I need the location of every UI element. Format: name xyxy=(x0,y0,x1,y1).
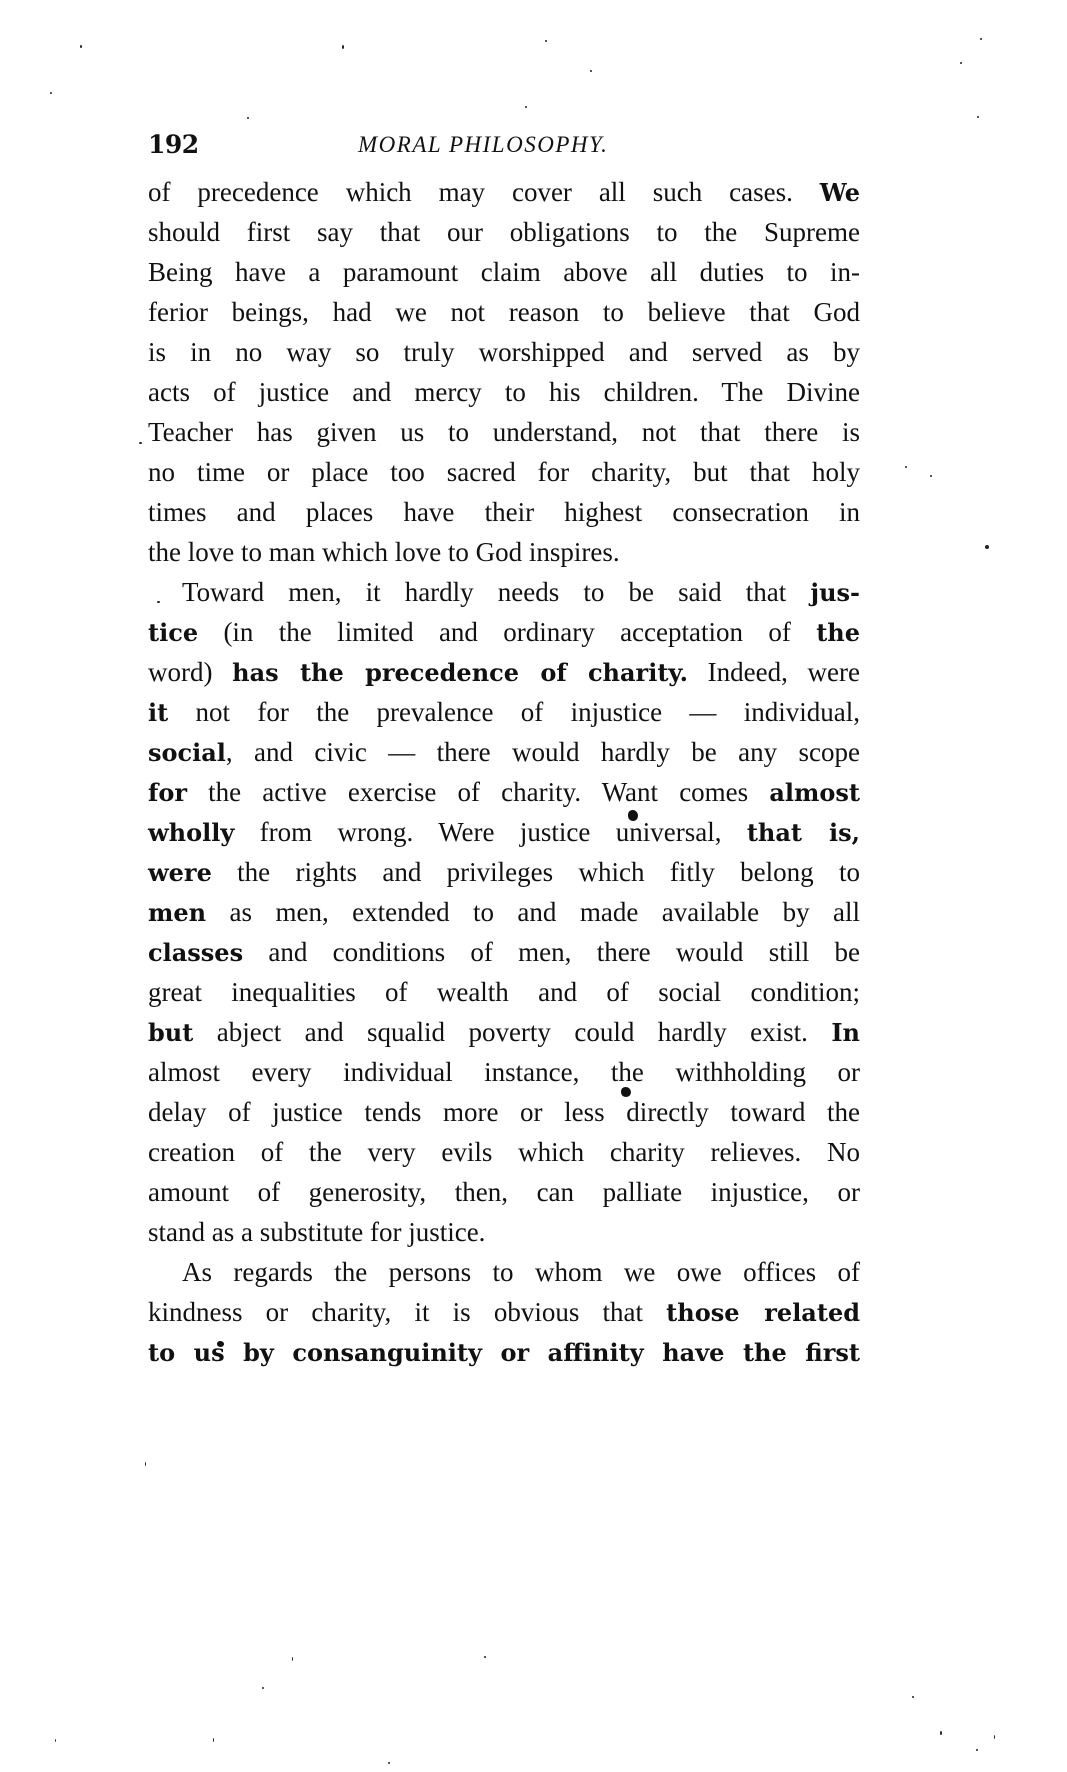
text-line: acts of justice and mercy to his childre… xyxy=(148,372,860,412)
text-line: to us by consanguinity or affinity have … xyxy=(148,1332,860,1372)
scan-speck xyxy=(977,116,979,118)
scan-speck xyxy=(55,1739,56,1742)
ink-blot xyxy=(628,810,638,821)
paragraph: of precedence which may cover all such c… xyxy=(148,172,860,572)
bold-run: but xyxy=(148,1018,193,1047)
text-run: creation of the very evils which charity… xyxy=(148,1137,860,1167)
bold-run: classes xyxy=(148,938,243,967)
bold-run: jus- xyxy=(810,578,860,607)
text-line: it not for the prevalence of injustice —… xyxy=(148,692,860,732)
scan-speck xyxy=(484,1656,486,1658)
scan-speck xyxy=(590,70,592,72)
text-line: men as men, extended to and made availab… xyxy=(148,892,860,932)
text-run: from wrong. Were justice universal, xyxy=(234,817,747,847)
scan-speck xyxy=(80,45,82,48)
text-line: should first say that our obligations to… xyxy=(148,212,860,252)
bold-run: almost xyxy=(769,778,860,807)
text-line: wholly from wrong. Were justice universa… xyxy=(148,812,860,852)
page-number: 192 xyxy=(148,130,199,159)
bold-run: wholly xyxy=(148,818,234,847)
body-text: of precedence which may cover all such c… xyxy=(148,172,860,1372)
text-run: , and civic — there would hardly be any … xyxy=(226,737,860,767)
text-line: tice (in the limited and ordinary accept… xyxy=(148,612,860,652)
scan-speck xyxy=(139,442,142,444)
scan-speck xyxy=(213,1738,214,1742)
scan-speck xyxy=(525,106,527,108)
scan-speck xyxy=(985,545,989,549)
text-run: the rights and privileges which fitly be… xyxy=(212,857,860,887)
scan-speck xyxy=(930,475,932,477)
scan-speck xyxy=(980,38,982,40)
text-run: Toward men, it hardly needs to be said t… xyxy=(182,577,810,607)
text-line: creation of the very evils which charity… xyxy=(148,1132,860,1172)
bold-run: social xyxy=(148,738,226,767)
scan-speck xyxy=(545,40,547,42)
text-line: delay of justice tends more or less dire… xyxy=(148,1092,860,1132)
text-line: times and places have their highest cons… xyxy=(148,492,860,532)
text-run: ferior beings, had we not reason to beli… xyxy=(148,297,860,327)
text-line: of precedence which may cover all such c… xyxy=(148,172,860,212)
scan-speck xyxy=(262,1687,264,1689)
scan-speck xyxy=(976,1749,978,1751)
paragraph: As regards the persons to whom we owe of… xyxy=(148,1252,860,1372)
bold-run: has the precedence of charity. xyxy=(232,658,688,687)
bold-run: the xyxy=(816,618,860,647)
bold-run: it xyxy=(148,698,168,727)
text-line: no time or place too sacred for charity,… xyxy=(148,452,860,492)
text-line: were the rights and privileges which fit… xyxy=(148,852,860,892)
text-run: as men, extended to and made available b… xyxy=(206,897,860,927)
bold-run: for xyxy=(148,778,187,807)
bold-run: those related xyxy=(666,1298,860,1327)
scan-speck xyxy=(292,1657,293,1661)
text-run: no time or place too sacred for charity,… xyxy=(148,457,860,487)
text-run: should first say that our obligations to… xyxy=(148,217,860,247)
text-run: (in the limited and ordinary acceptation… xyxy=(198,617,816,647)
text-run: amount of generosity, then, can palliate… xyxy=(148,1177,860,1207)
text-line: great inequalities of wealth and of soci… xyxy=(148,972,860,1012)
scan-speck xyxy=(145,1462,146,1466)
text-line: classes and conditions of men, there wou… xyxy=(148,932,860,972)
text-line: for the active exercise of charity. Want… xyxy=(148,772,860,812)
text-line: stand as a substitute for justice. xyxy=(148,1212,860,1252)
ink-blot xyxy=(217,1341,224,1347)
book-page: 192 MORAL PHILOSOPHY. of precedence whic… xyxy=(0,0,1067,1772)
text-line: the love to man which love to God inspir… xyxy=(148,532,860,572)
paragraph: Toward men, it hardly needs to be said t… xyxy=(148,572,860,1252)
text-line: but abject and squalid poverty could har… xyxy=(148,1012,860,1052)
scan-speck xyxy=(157,601,160,603)
text-run: word) xyxy=(148,657,232,687)
text-line: Toward men, it hardly needs to be said t… xyxy=(148,572,860,612)
text-run: the love to man which love to God inspir… xyxy=(148,537,620,567)
text-run: the active exercise of charity. Want com… xyxy=(187,777,769,807)
text-run: times and places have their highest cons… xyxy=(148,497,860,527)
text-run: great inequalities of wealth and of soci… xyxy=(148,977,860,1007)
text-run: acts of justice and mercy to his childre… xyxy=(148,377,860,407)
text-line: Teacher has given us to understand, not … xyxy=(148,412,860,452)
running-head: 192 MORAL PHILOSOPHY. xyxy=(148,130,860,170)
scan-speck xyxy=(960,62,962,64)
text-line: word) has the precedence of charity. Ind… xyxy=(148,652,860,692)
text-run: Teacher has given us to understand, not … xyxy=(148,417,860,447)
text-run: stand as a substitute for justice. xyxy=(148,1217,485,1247)
text-run: As regards the persons to whom we owe of… xyxy=(182,1257,860,1287)
scan-speck xyxy=(912,1696,914,1698)
text-run: of precedence which may cover all such c… xyxy=(148,177,820,207)
text-run: and conditions of men, there would still… xyxy=(243,937,860,967)
bold-run: men xyxy=(148,898,206,927)
bold-run: to us by consanguinity or affinity have … xyxy=(148,1338,860,1367)
scan-speck xyxy=(905,466,907,468)
text-run: Being have a paramount claim above all d… xyxy=(148,257,860,287)
bold-run: tice xyxy=(148,618,198,647)
scan-speck xyxy=(50,92,52,94)
text-line: As regards the persons to whom we owe of… xyxy=(148,1252,860,1292)
scan-speck xyxy=(342,45,344,49)
text-run: not for the prevalence of injustice — in… xyxy=(168,697,860,727)
scan-speck xyxy=(388,1762,390,1764)
bold-run: In xyxy=(831,1018,860,1047)
scan-speck xyxy=(940,1731,942,1735)
text-run: abject and squalid poverty could hardly … xyxy=(193,1017,831,1047)
scan-speck xyxy=(994,1735,995,1739)
running-title: MORAL PHILOSOPHY. xyxy=(358,132,608,158)
bold-run: that is, xyxy=(747,818,860,847)
text-run: delay of justice tends more or less dire… xyxy=(148,1097,860,1127)
bold-run: We xyxy=(820,178,860,207)
bold-run: were xyxy=(148,858,212,887)
text-run: almost every individual instance, the wi… xyxy=(148,1057,860,1087)
text-run: kindness or charity, it is obvious that xyxy=(148,1297,666,1327)
text-run: is in no way so truly worshipped and ser… xyxy=(148,337,860,367)
text-line: kindness or charity, it is obvious that … xyxy=(148,1292,860,1332)
text-line: ferior beings, had we not reason to beli… xyxy=(148,292,860,332)
text-run: Indeed, were xyxy=(688,657,860,687)
text-line: amount of generosity, then, can palliate… xyxy=(148,1172,860,1212)
text-line: social, and civic — there would hardly b… xyxy=(148,732,860,772)
text-line: almost every individual instance, the wi… xyxy=(148,1052,860,1092)
ink-blot xyxy=(621,1087,631,1097)
text-line: Being have a paramount claim above all d… xyxy=(148,252,860,292)
scan-speck xyxy=(247,117,249,119)
text-line: is in no way so truly worshipped and ser… xyxy=(148,332,860,372)
